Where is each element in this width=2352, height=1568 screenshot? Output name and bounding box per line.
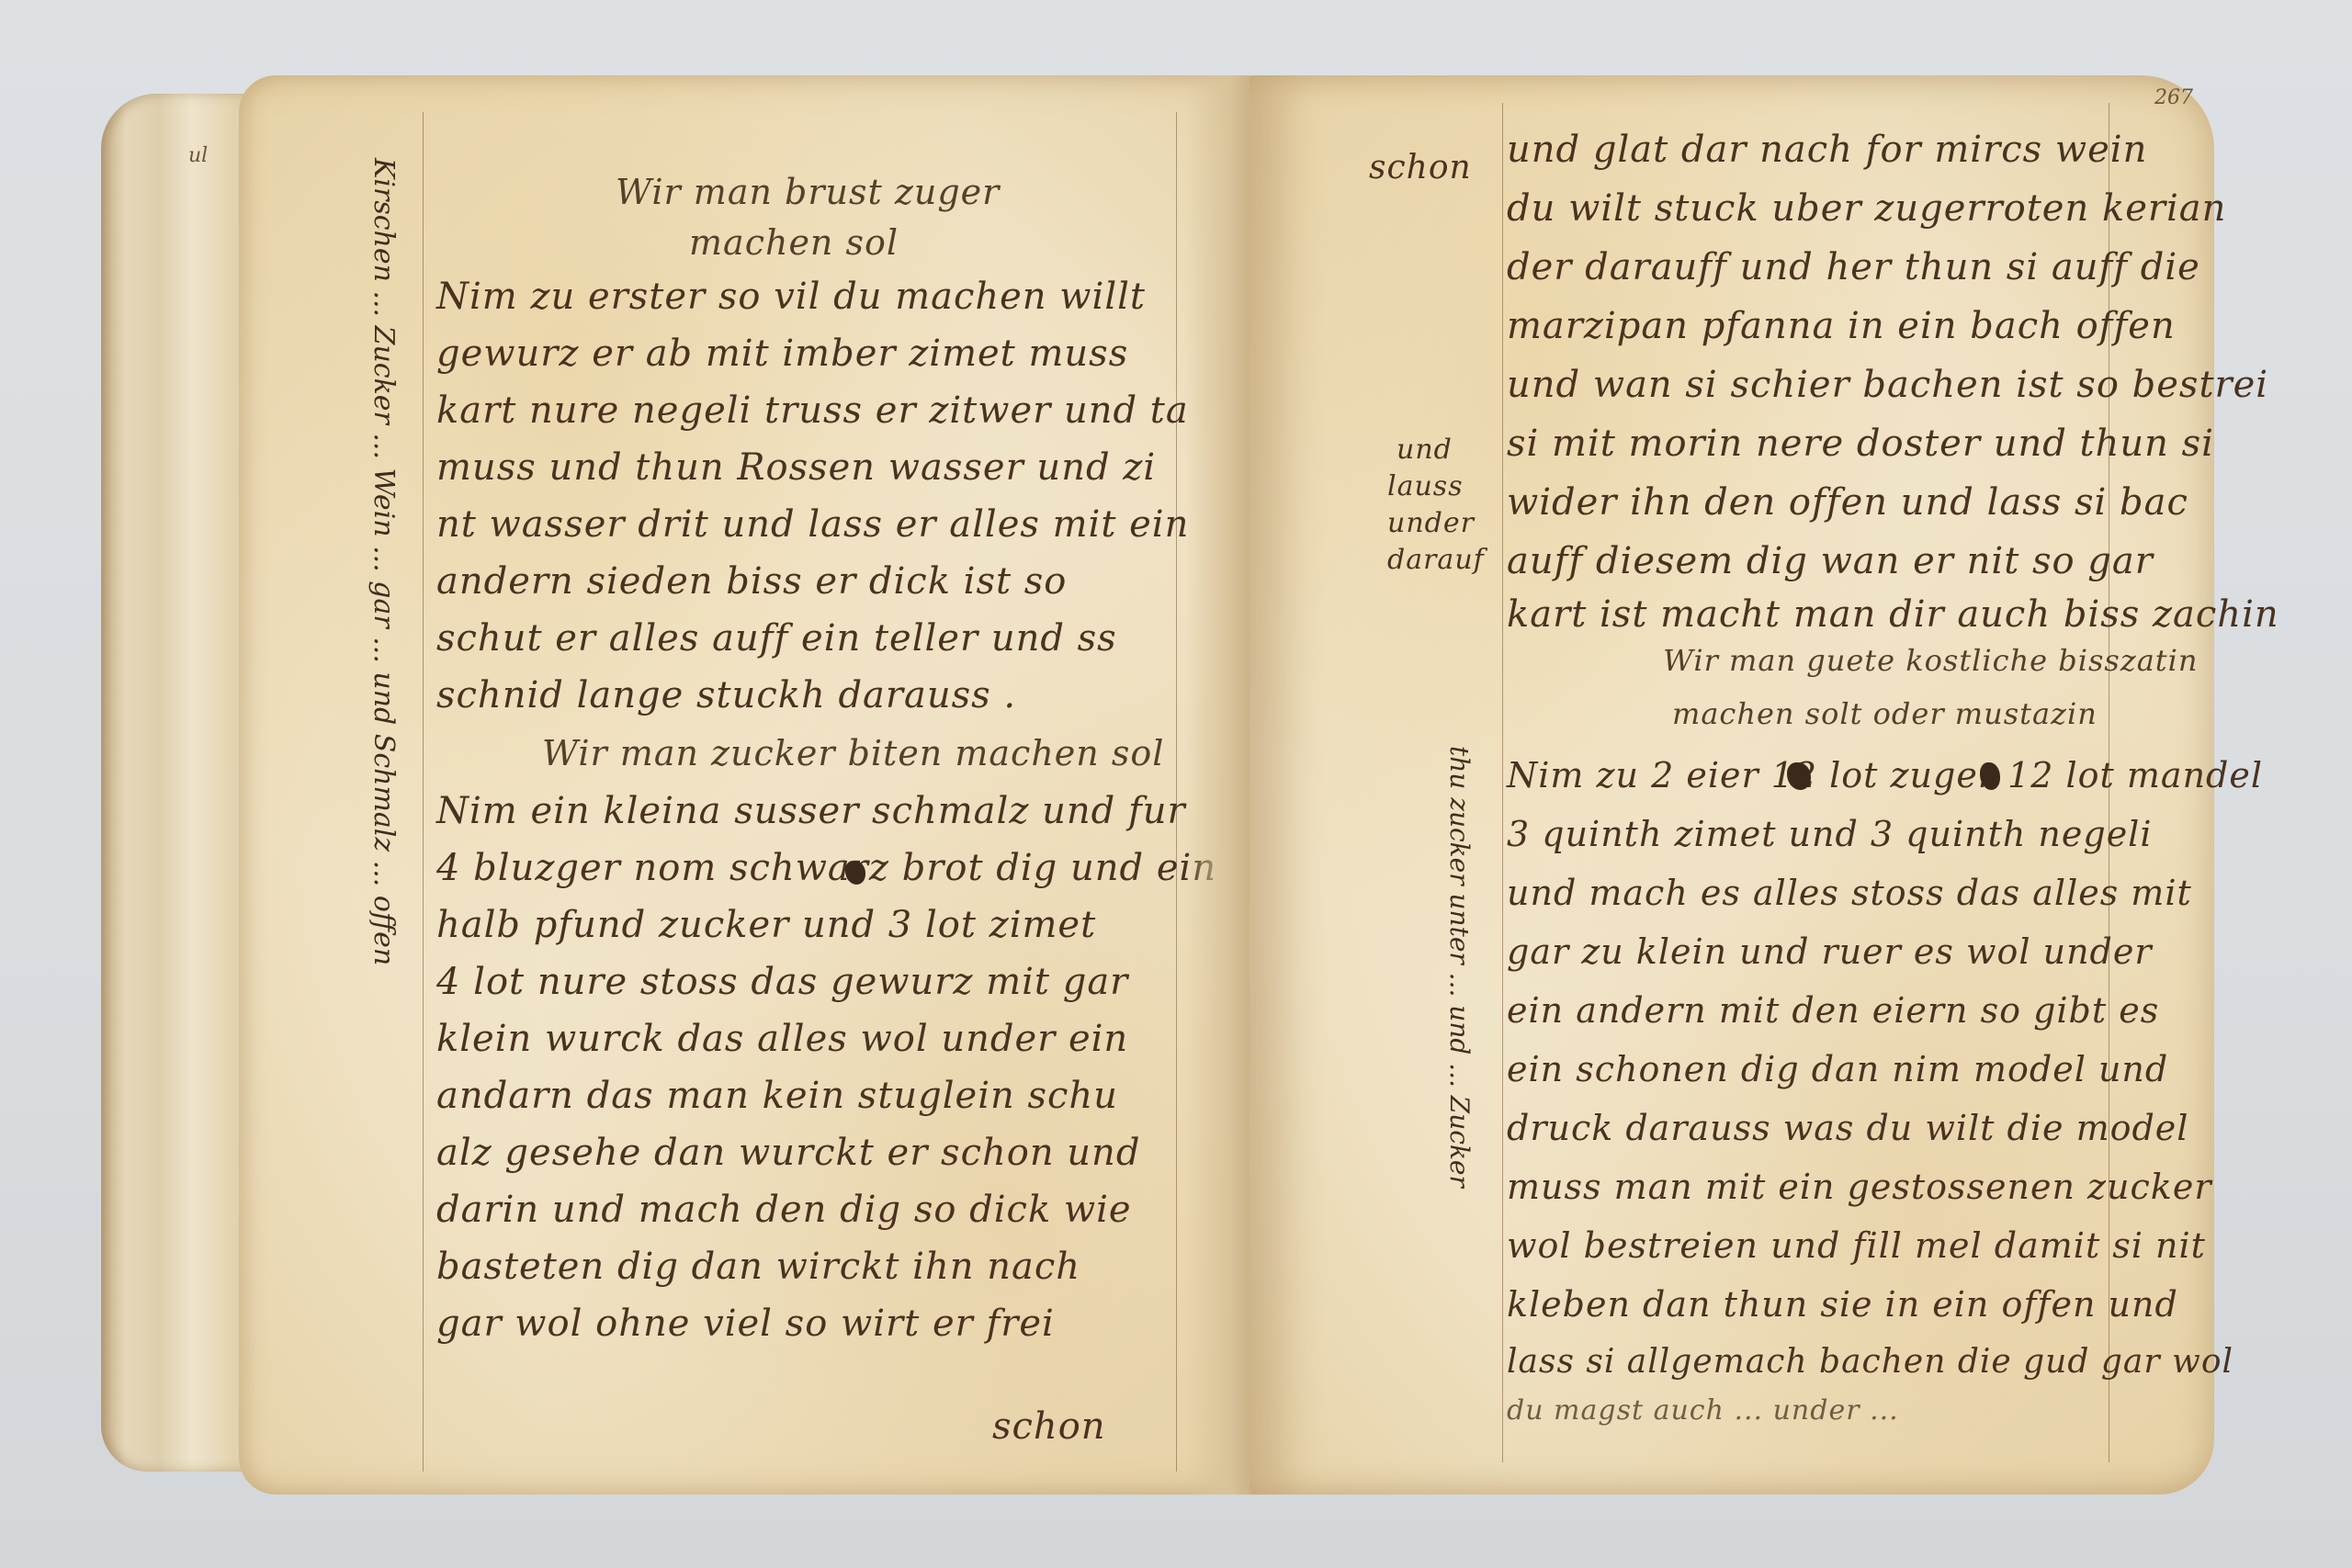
- text-line: auff diesem dig wan er nit so gar: [1507, 540, 2154, 582]
- left-margin-rule: [1502, 103, 1503, 1462]
- text-line: ein schonen dig dan nim model und: [1507, 1049, 2168, 1089]
- text-line: und mach es alles stoss das alles mit: [1507, 873, 2192, 913]
- text-line: Nim ein kleina susser schmalz und fur: [436, 790, 1186, 832]
- open-manuscript-book: ul Kirschen ... Zucker ... Wein ... gar …: [101, 75, 2214, 1517]
- ink-blot: [845, 861, 865, 885]
- right-page: 267 schon und lauss under darauf thu zuc…: [1249, 75, 2214, 1495]
- gutter-note: lauss: [1387, 470, 1464, 502]
- text-line: marzipan pfanna in ein bach offen: [1507, 305, 2176, 347]
- text-line: wol bestreien und fill mel damit si nit: [1507, 1225, 2206, 1266]
- text-line: und wan si schier bachen ist so bestrei: [1507, 364, 2268, 406]
- recipe-heading: Wir man guete kostliche bisszatin: [1663, 643, 2198, 678]
- text-line: klein wurck das alles wol under ein: [436, 1018, 1128, 1060]
- recipe-heading: machen sol: [689, 222, 899, 263]
- left-margin-rule: [423, 112, 424, 1472]
- folio-mark: ul: [188, 144, 208, 167]
- left-margin-vertical-note: Kirschen ... Zucker ... Wein ... gar ...…: [367, 158, 400, 965]
- text-line: schut er alles auff ein teller und ss: [436, 617, 1117, 660]
- text-line: si mit morin nere doster und thun si: [1507, 423, 2214, 465]
- text-line: 3 quinth zimet und 3 quinth negeli: [1507, 814, 2153, 854]
- text-line: nt wasser drit und lass er alles mit ein: [436, 503, 1189, 546]
- text-line: muss und thun Rossen wasser und zi: [436, 446, 1156, 489]
- page-number: 267: [2154, 86, 2193, 109]
- text-line: alz gesehe dan wurckt er schon und: [436, 1132, 1140, 1174]
- text-line: 4 lot nure stoss das gewurz mit gar: [436, 961, 1128, 1003]
- gutter-note: darauf: [1387, 544, 1485, 576]
- gutter-note: schon: [1369, 149, 1472, 186]
- text-line: halb pfund zucker und 3 lot zimet: [436, 904, 1096, 946]
- text-line: kart ist macht man dir auch biss zachin: [1507, 593, 2279, 636]
- text-line: Nim zu erster so vil du machen willt: [436, 276, 1146, 318]
- gutter-note: und: [1396, 434, 1453, 466]
- text-line: ein andern mit den eiern so gibt es: [1507, 990, 2159, 1031]
- ink-blot: [1980, 762, 2000, 790]
- text-line: druck darauss was du wilt die model: [1507, 1108, 2188, 1148]
- text-line: schnid lange stuckh darauss .: [436, 674, 1016, 716]
- ink-blot: [1787, 762, 1811, 790]
- left-page: Kirschen ... Zucker ... Wein ... gar ...…: [239, 75, 1332, 1495]
- text-line: muss man mit ein gestossenen zucker: [1507, 1167, 2211, 1207]
- recipe-heading: Wir man zucker biten machen sol: [542, 733, 1164, 773]
- text-line: andarn das man kein stuglein schu: [436, 1075, 1118, 1117]
- faded-text-line: du magst auch ... under ...: [1507, 1394, 1899, 1427]
- text-line: basteten dig dan wirckt ihn nach: [436, 1246, 1080, 1288]
- catchword: schon: [992, 1405, 1106, 1448]
- text-line: du wilt stuck uber zugerroten kerian: [1507, 187, 2226, 230]
- text-line: 4 bluzger nom schwarz brot dig und ein: [436, 847, 1216, 889]
- text-line: und glat dar nach for mircs wein: [1507, 129, 2147, 171]
- recipe-heading: machen solt oder mustazin: [1672, 696, 2098, 731]
- gutter-vertical-note: thu zucker unter ... und ... Zucker: [1444, 746, 1475, 1188]
- gutter-note: under: [1387, 507, 1475, 539]
- text-line: lass si allgemach bachen die gud gar wol: [1507, 1343, 2233, 1381]
- text-line: darin und mach den dig so dick wie: [436, 1189, 1132, 1231]
- text-line: kart nure negeli truss er zitwer und ta: [436, 389, 1189, 432]
- text-line: Nim zu 2 eier 12 lot zuger 12 lot mandel: [1507, 755, 2263, 795]
- text-line: gewurz er ab mit imber zimet muss: [436, 333, 1128, 375]
- text-line: gar wol ohne viel so wirt er frei: [436, 1303, 1055, 1345]
- text-line: gar zu klein und ruer es wol under: [1507, 931, 2153, 972]
- recipe-heading: Wir man brust zuger: [616, 172, 1000, 212]
- text-line: der darauff und her thun si auff die: [1507, 246, 2200, 288]
- text-line: wider ihn den offen und lass si bac: [1507, 481, 2188, 524]
- text-line: andern sieden biss er dick ist so: [436, 560, 1067, 603]
- text-line: kleben dan thun sie in ein offen und: [1507, 1284, 2178, 1325]
